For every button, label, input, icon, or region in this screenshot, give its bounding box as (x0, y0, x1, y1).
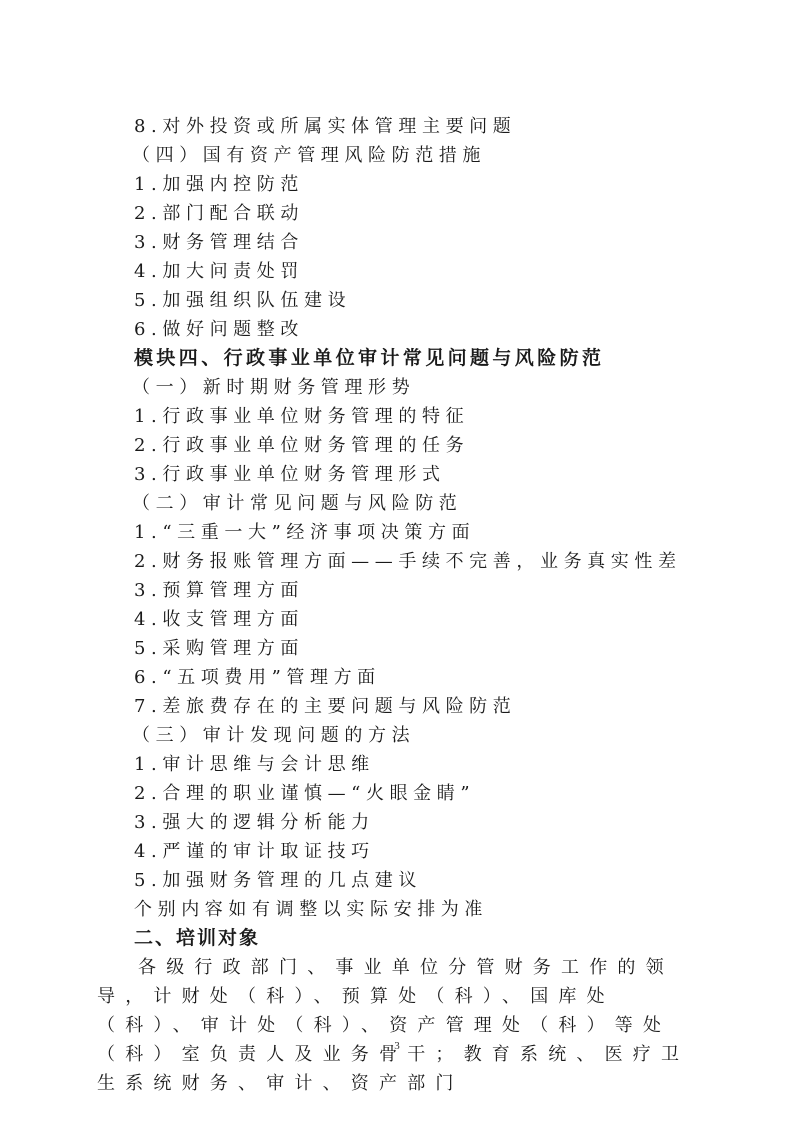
document-page: 8.对外投资或所属实体管理主要问题 （四）国有资产管理风险防范措施 1.加强内控… (0, 0, 794, 1123)
list-item: 6.“五项费用”管理方面 (134, 663, 381, 692)
list-item: 3.行政事业单位财务管理形式 (134, 460, 446, 489)
list-item: 4.加大问责处罚 (134, 257, 304, 286)
page-number: 3 (0, 1040, 794, 1052)
list-item: 1.“三重一大”经济事项决策方面 (134, 518, 475, 547)
module-heading: 模块四、行政事业单位审计常见问题与风险防范 (134, 344, 604, 373)
note-text: 个别内容如有调整以实际安排为准 (134, 895, 488, 924)
list-item: 5.加强财务管理的几点建议 (134, 866, 422, 895)
list-item: 7.差旅费存在的主要问题与风险防范 (134, 692, 516, 721)
subsection-heading: （四）国有资产管理风险防范措施 (132, 141, 486, 170)
list-item: 2.部门配合联动 (134, 199, 304, 228)
list-item: 2.合理的职业谨慎—“火眼金睛” (134, 779, 475, 808)
list-item: 3.强大的逻辑分析能力 (134, 808, 375, 837)
subsection-heading: （三）审计发现问题的方法 (132, 721, 415, 750)
subsection-heading: （一）新时期财务管理形势 (132, 373, 415, 402)
list-item: 2.财务报账管理方面——手续不完善，业务真实性差 (134, 547, 682, 576)
training-target-paragraph: 各级行政部门、事业单位分管财务工作的领导，计财处（科）、预算处（科）、国库处（科… (97, 953, 717, 1098)
subsection-heading: （二）审计常见问题与风险防范 (132, 489, 462, 518)
list-item: 4.收支管理方面 (134, 605, 304, 634)
list-item: 5.加强组织队伍建设 (134, 286, 351, 315)
section-heading: 二、培训对象 (134, 924, 260, 953)
list-item: 8.对外投资或所属实体管理主要问题 (134, 112, 516, 141)
list-item: 2.行政事业单位财务管理的任务 (134, 431, 469, 460)
list-item: 3.预算管理方面 (134, 576, 304, 605)
list-item: 6.做好问题整改 (134, 315, 304, 344)
list-item: 1.加强内控防范 (134, 170, 304, 199)
list-item: 4.严谨的审计取证技巧 (134, 837, 375, 866)
list-item: 1.行政事业单位财务管理的特征 (134, 402, 469, 431)
list-item: 1.审计思维与会计思维 (134, 750, 375, 779)
list-item: 5.采购管理方面 (134, 634, 304, 663)
list-item: 3.财务管理结合 (134, 228, 304, 257)
